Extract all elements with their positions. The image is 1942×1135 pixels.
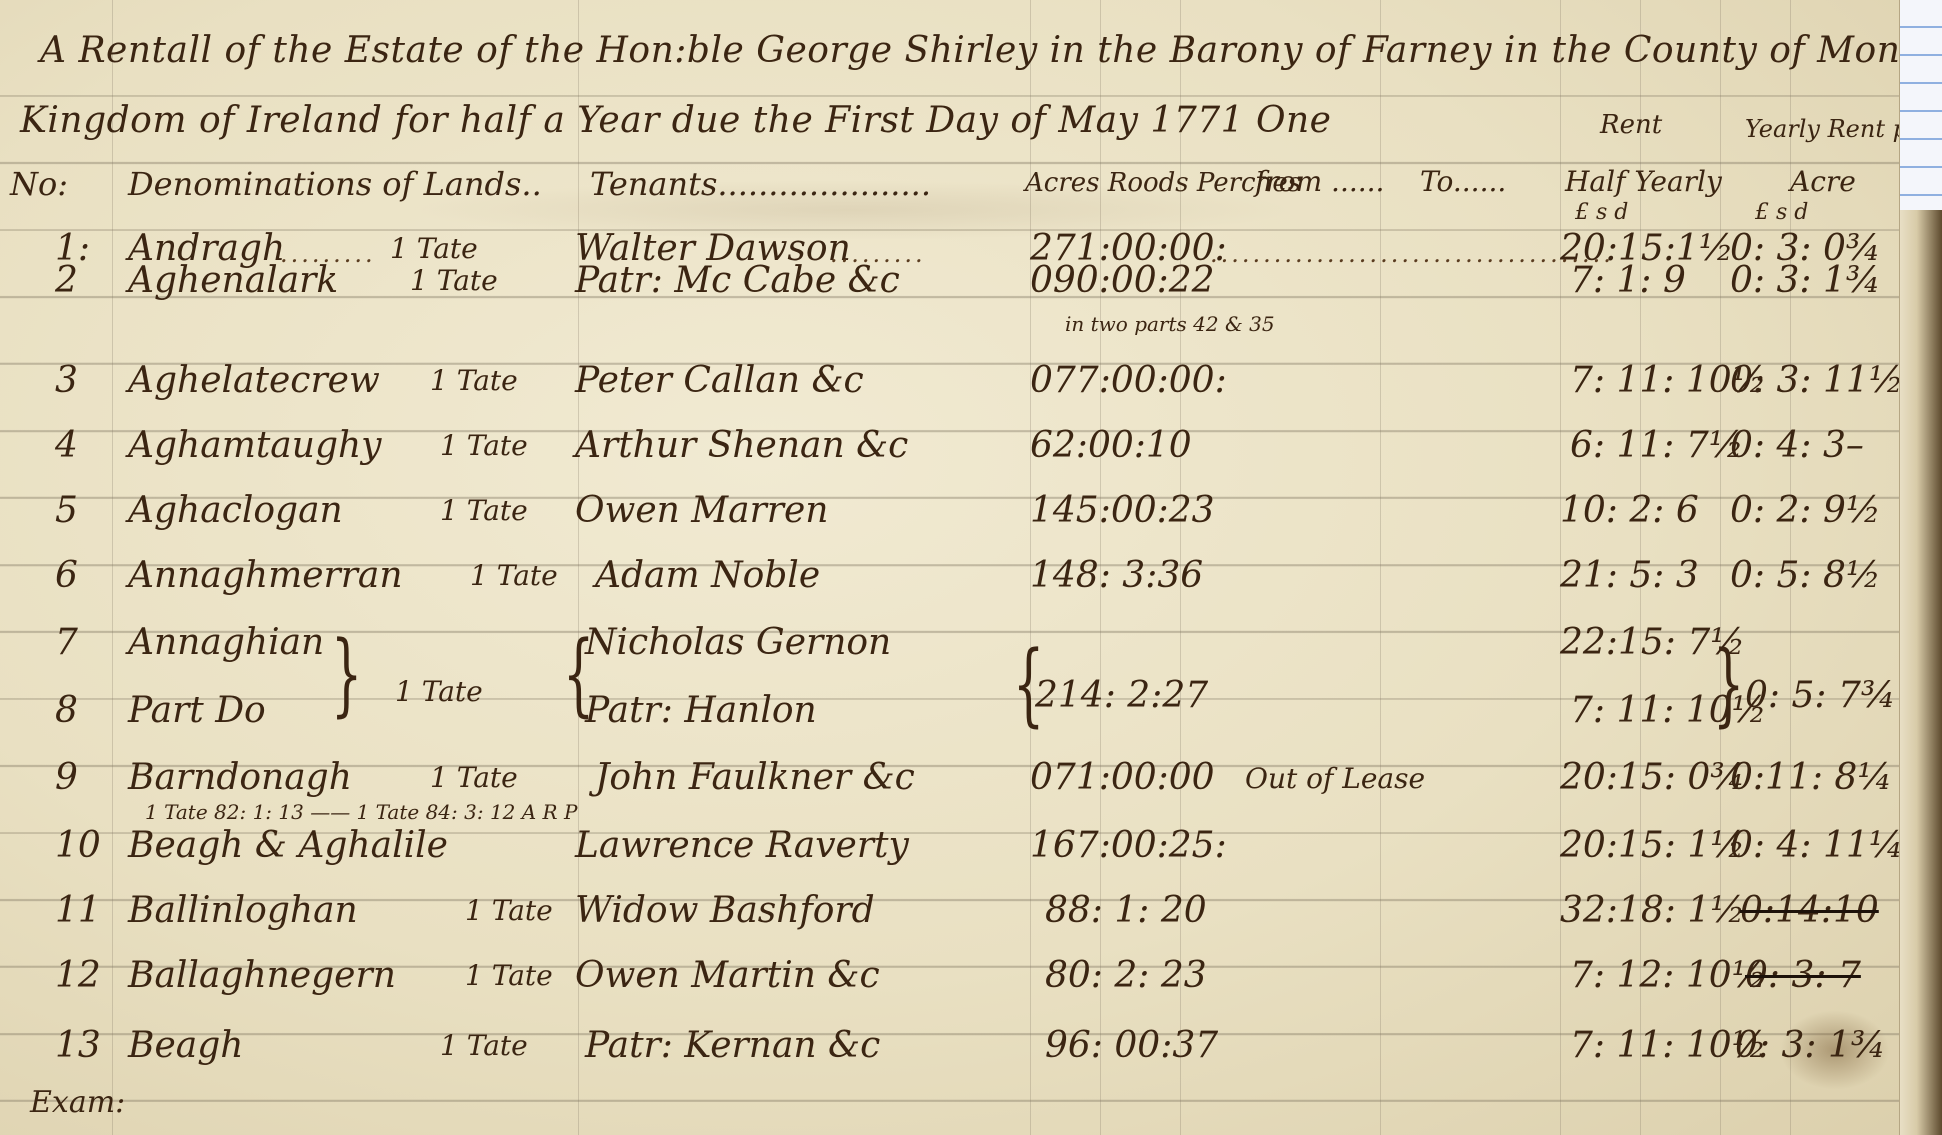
yearly-rent-per-acre-struck: 0:14:10 <box>1740 890 1879 931</box>
ledger-page: A Rentall of the Estate of the Hon:ble G… <box>0 0 1900 1135</box>
row-number: 7 <box>55 622 78 663</box>
land-name: Aghamtaughy <box>128 425 382 466</box>
tenant-name: Patr: Hanlon <box>585 690 817 731</box>
row-number: 10 <box>55 825 101 866</box>
tenant-name: Owen Martin &c <box>575 955 880 996</box>
half-yearly-rent: 20:15: 1½ <box>1560 825 1745 866</box>
tenant-name: Widow Bashford <box>575 890 875 931</box>
acreage-note: in two parts 42 & 35 <box>1065 312 1275 336</box>
header-denominations: Denominations of Lands.. <box>128 165 542 203</box>
half-yearly-rent: 10: 2: 6 <box>1560 490 1699 531</box>
yearly-rent-per-acre: 0: 4: 11¼ <box>1730 825 1900 866</box>
header-from: from ...... <box>1255 165 1384 198</box>
land-name: Beagh <box>128 1025 243 1066</box>
header-half-yearly: Half Yearly <box>1565 165 1722 198</box>
grouping-brace: } <box>331 630 362 720</box>
yearly-rent-per-acre: 0: 3: 11½ <box>1730 360 1900 401</box>
row-number: 12 <box>55 955 101 996</box>
half-yearly-rent: 6: 11: 7½ <box>1570 425 1744 466</box>
tate-breakdown-note: 1 Tate 82: 1: 13 —— 1 Tate 84: 3: 12 A R… <box>145 800 577 824</box>
land-name: Aghaclogan <box>128 490 343 531</box>
title-line-1: A Rentall of the Estate of the Hon:ble G… <box>40 30 1900 71</box>
yearly-rent-per-acre: 0: 4: 3– <box>1730 425 1864 466</box>
land-name: Part Do <box>128 690 266 731</box>
yearly-rent-per-acre: 0: 3: 1¾ <box>1730 260 1881 301</box>
half-yearly-rent: 32:18: 1½ <box>1560 890 1745 931</box>
acres-roods-perches: 167:00:25: <box>1030 825 1227 866</box>
tate-count: 1 Tate <box>395 675 483 708</box>
acres-roods-perches: 80: 2: 23 <box>1045 955 1207 996</box>
tenant-name: Arthur Shenan &c <box>575 425 908 466</box>
half-yearly-rent: 7: 12: 10½ <box>1570 955 1767 996</box>
dot-leader: ......... <box>830 240 926 268</box>
acres-roods-perches: 96: 00:37 <box>1045 1025 1218 1066</box>
row-number: 5 <box>55 490 78 531</box>
lease-status: Out of Lease <box>1245 762 1425 795</box>
yearly-rent-per-acre-struck: 0: 3: 7 <box>1745 955 1861 996</box>
tate-count: 1 Tate <box>430 364 518 397</box>
land-name: Barndonagh <box>128 757 352 798</box>
half-yearly-rent: 20:15: 0¾ <box>1560 757 1745 798</box>
land-name: Ballinloghan <box>128 890 358 931</box>
acres-roods-perches: 145:00:23 <box>1030 490 1215 531</box>
tate-count: 1 Tate <box>465 959 553 992</box>
acres-roods-perches: 090:00:22 <box>1030 260 1215 301</box>
tate-count: 1 Tate <box>440 1029 528 1062</box>
row-number: 6 <box>55 555 78 596</box>
adjacent-ruled-paper <box>1900 0 1942 210</box>
tenant-name: Lawrence Raverty <box>575 825 909 866</box>
row-number: 4 <box>55 425 78 466</box>
row-number: 2 <box>55 260 78 301</box>
header-to: To...... <box>1420 165 1506 198</box>
acres-roods-perches: 148: 3:36 <box>1030 555 1203 596</box>
header-tenants: Tenants..................... <box>590 165 931 203</box>
yearly-rent-per-acre: 0: 5: 7¾ <box>1745 675 1896 716</box>
header-acre: Acre <box>1790 165 1856 198</box>
tate-count: 1 Tate <box>410 264 498 297</box>
tate-count: 1 Tate <box>465 894 553 927</box>
tenant-name: Nicholas Gernon <box>585 622 891 663</box>
acres-roods-perches: 88: 1: 20 <box>1045 890 1207 931</box>
yearly-rent-per-acre: 0: 2: 9½ <box>1730 490 1881 531</box>
header-no: No: <box>10 165 68 203</box>
tate-count: 1 Tate <box>440 429 528 462</box>
yearly-rent-per-acre: 0: 5: 8½ <box>1730 555 1881 596</box>
tenant-name: Peter Callan &c <box>575 360 864 401</box>
acres-roods-perches: 62:00:10 <box>1030 425 1192 466</box>
column-rule <box>112 0 113 1135</box>
dot-leader: ...................................... <box>1210 240 1614 268</box>
land-name: Aghelatecrew <box>128 360 380 401</box>
tate-count: 1 Tate <box>430 761 518 794</box>
title-line-2: Kingdom of Ireland for half a Year due t… <box>20 100 1332 141</box>
yearly-rent-per-acre: 0: 3: 1¾ <box>1735 1025 1886 1066</box>
land-name: Ballaghnegern <box>128 955 396 996</box>
tenant-name: Patr: Kernan &c <box>585 1025 880 1066</box>
tate-count: 1 Tate <box>440 494 528 527</box>
row-number: 13 <box>55 1025 101 1066</box>
grouping-brace: } <box>1713 640 1744 730</box>
tenant-name: John Faulkner &c <box>595 757 915 798</box>
half-yearly-rent: 21: 5: 3 <box>1560 555 1699 596</box>
header-half-yearly-units: £ s d <box>1575 200 1628 225</box>
land-name: Annaghian <box>128 622 324 663</box>
tate-count: 1 Tate <box>470 559 558 592</box>
row-number: 8 <box>55 690 78 731</box>
header-yearly-units: £ s d <box>1755 200 1808 225</box>
tate-count: 1 Tate <box>390 232 478 265</box>
header-rent: Rent <box>1600 110 1662 140</box>
land-name: Beagh & Aghalile <box>128 825 448 866</box>
header-yearly-rent-per: Yearly Rent p:r <box>1745 115 1900 143</box>
row-number: 11 <box>55 890 101 931</box>
dot-leader: ......... <box>280 240 376 268</box>
row-number: 9 <box>55 757 78 798</box>
tenant-name: Owen Marren <box>575 490 829 531</box>
land-name: Annaghmerran <box>128 555 403 596</box>
yearly-rent-per-acre: 0:11: 8¼ <box>1730 757 1892 798</box>
acres-roods-perches: 214: 2:27 <box>1035 675 1208 716</box>
acres-roods-perches: 071:00:00 <box>1030 757 1215 798</box>
tenant-name: Adam Noble <box>595 555 820 596</box>
exam-mark: Exam: <box>30 1085 125 1120</box>
row-number: 3 <box>55 360 78 401</box>
acres-roods-perches: 077:00:00: <box>1030 360 1227 401</box>
